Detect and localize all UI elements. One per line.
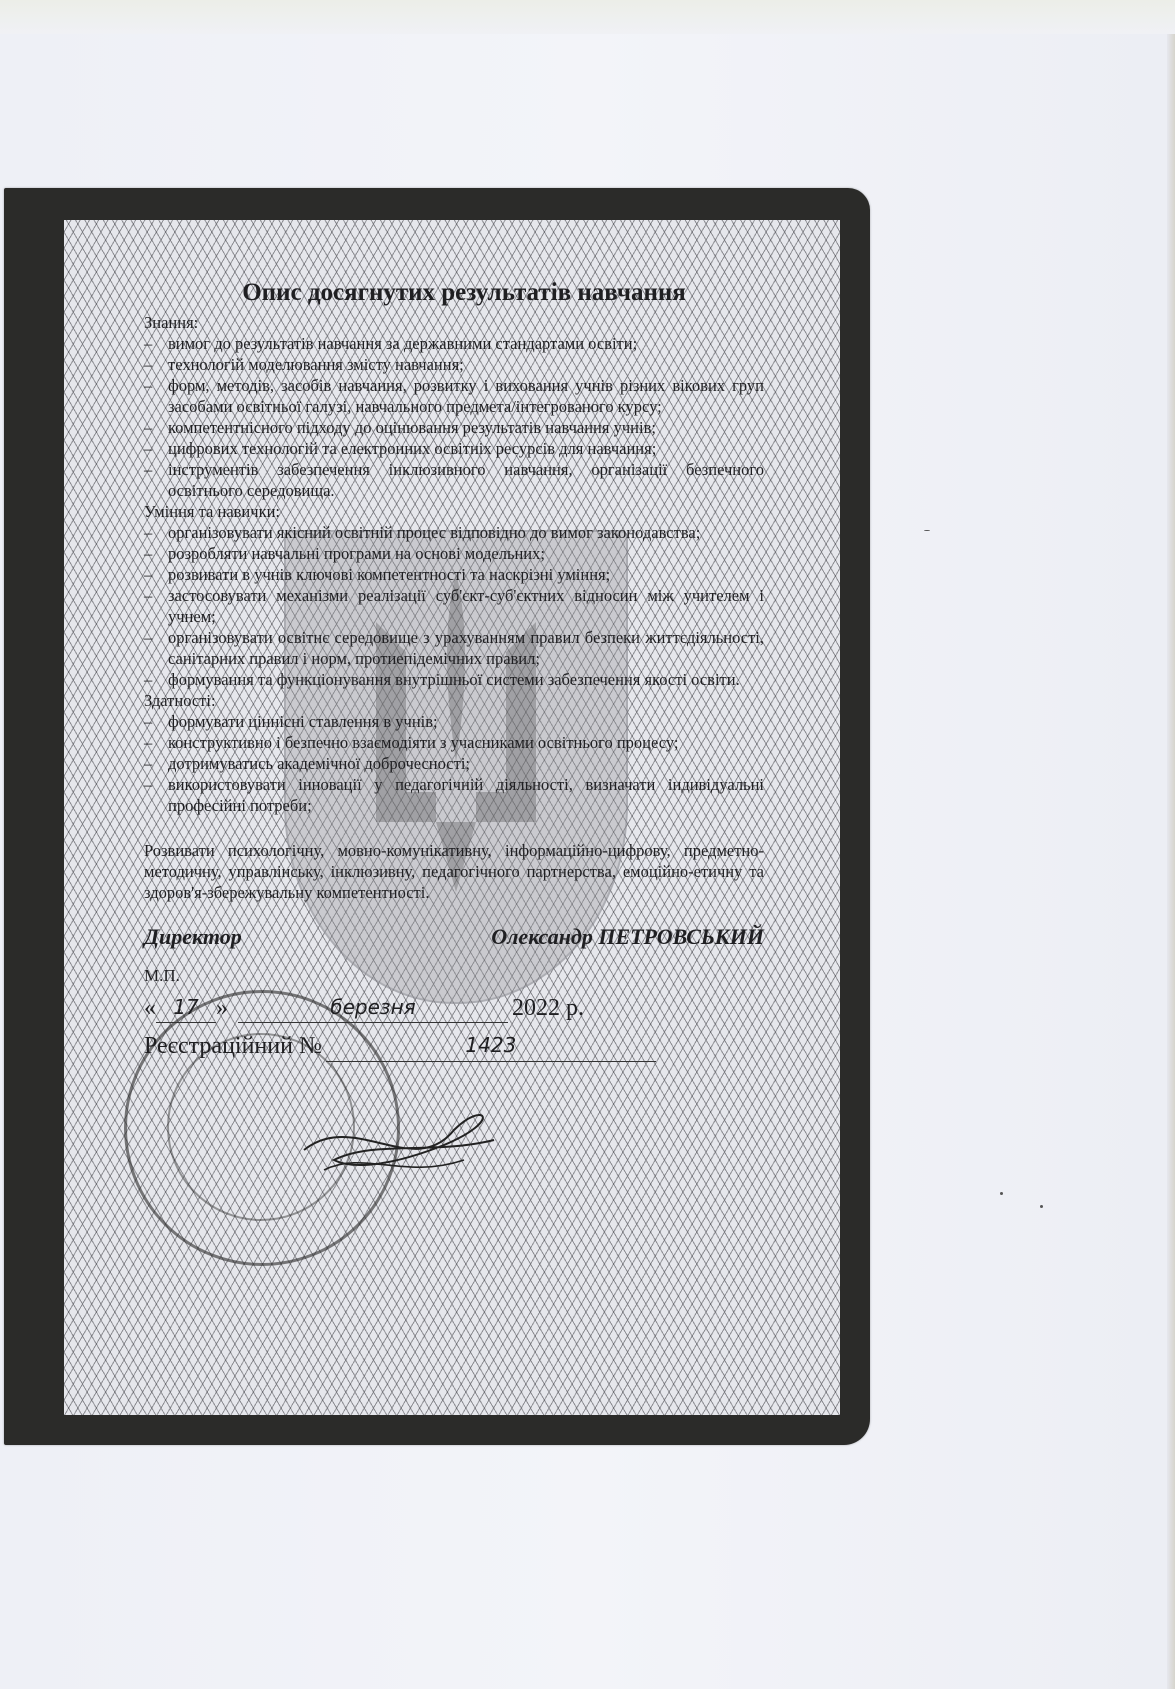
closing-paragraph: Розвивати психологічну, мовно-комунікати… [144, 840, 764, 903]
list-item: дотримуватись академічної доброчесності; [144, 753, 764, 774]
list-item: вимог до результатів навчання за державн… [144, 333, 764, 354]
signature-scribble [294, 1100, 514, 1190]
stamp-placeholder-label: М.П. [144, 965, 764, 986]
list-item: технологій моделювання змісту навчання; [144, 354, 764, 375]
registration-label: Реєстраційний № [144, 1030, 322, 1062]
document-body: Опис досягнутих результатів навчання Зна… [144, 278, 764, 1062]
list-item: компетентнісного підходу до оцінювання р… [144, 417, 764, 438]
signature-row: Директор Олександр ПЕТРОВСЬКИЙ [144, 923, 764, 951]
signer-position: Директор [144, 923, 242, 951]
section-label: Знання: [144, 312, 764, 333]
registration-row: Реєстраційний № 1423 [144, 1029, 764, 1062]
date-year: 2022 р. [512, 993, 584, 1023]
list-item: конструктивно і безпечно взаємодіяти з у… [144, 732, 764, 753]
list-item: організовувати освітнє середовище з урах… [144, 627, 764, 669]
scan-speck [924, 530, 930, 531]
registration-number: 1423 [326, 1029, 656, 1062]
signer-name: Олександр ПЕТРОВСЬКИЙ [491, 923, 764, 951]
date-month: березня [238, 992, 508, 1023]
section-skills: Уміння та навички: організовувати якісни… [144, 501, 764, 690]
date-close-quote: » [216, 993, 228, 1023]
section-abilities: Здатності: формувати ціннісні ставлення … [144, 690, 764, 816]
list-item: формування та функціонування внутрішньої… [144, 669, 764, 690]
list-item: розробляти навчальні програми на основі … [144, 543, 764, 564]
list-item: формувати ціннісні ставлення в учнів; [144, 711, 764, 732]
list-item: використовувати інновації у педагогічній… [144, 774, 764, 816]
certificate-sheet: Опис досягнутих результатів навчання Зна… [64, 220, 840, 1415]
list-item: форм, методів, засобів навчання, розвитк… [144, 375, 764, 417]
list-item: організовувати якісний освітній процес в… [144, 522, 764, 543]
scan-speck [1000, 1192, 1003, 1195]
list-item: розвивати в учнів ключові компетентності… [144, 564, 764, 585]
paper-edge [1167, 34, 1175, 1689]
certificate-cover: Опис досягнутих результатів навчання Зна… [4, 188, 870, 1445]
document-title: Опис досягнутих результатів навчання [164, 278, 764, 308]
date-open-quote: « [144, 993, 156, 1023]
date-day: 17 [156, 992, 216, 1023]
list-item: застосовувати механізми реалізації суб'є… [144, 585, 764, 627]
section-label: Здатності: [144, 690, 764, 711]
section-knowledge: Знання: вимог до результатів навчання за… [144, 312, 764, 501]
list-item: інструментів забезпечення інклюзивного н… [144, 459, 764, 501]
scan-speck [1040, 1205, 1043, 1208]
section-label: Уміння та навички: [144, 501, 764, 522]
list-item: цифрових технологій та електронних освіт… [144, 438, 764, 459]
date-row: « 17 » березня 2022 р. [144, 992, 764, 1023]
scan-top-band [0, 0, 1175, 34]
